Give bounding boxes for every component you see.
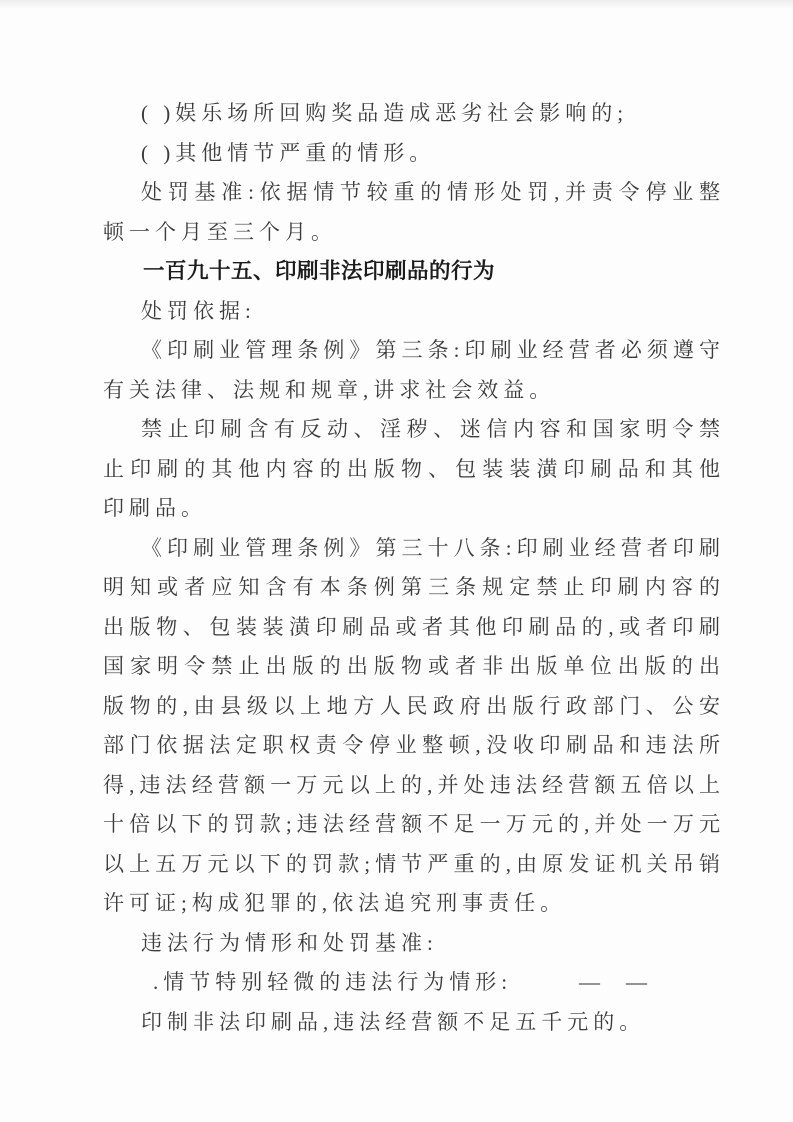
page-number-dash-right: — [626, 972, 647, 993]
paragraph-list-item: ( )其他情节严重的情形。 [103, 134, 725, 174]
paragraph-list-item: ( )娱乐场所回购奖品造成恶劣社会影响的; [103, 94, 725, 134]
paragraph-prohibition: 禁止印刷含有反动、淫秽、迷信内容和国家明令禁止印刷的其他内容的出版物、包装装潢印… [103, 410, 725, 529]
paragraph-regulation-article-38: 《印刷业管理条例》第三十八条:印刷业经营者印刷明知或者应知含有本条例第三条规定禁… [103, 529, 725, 924]
paragraph-minor-violation-detail: 印制非法印刷品,违法经营额不足五千元的。 [103, 1003, 725, 1043]
paragraph-penalty-grounds-label: 处罚依据: [103, 292, 725, 332]
section-heading: 一百九十五、印刷非法印刷品的行为 [103, 252, 725, 292]
paragraph-violation-standards-label: 违法行为情形和处罚基准: [103, 924, 725, 964]
text-block: ( )娱乐场所回购奖品造成恶劣社会影响的; ( )其他情节严重的情形。 处罚基准… [103, 94, 725, 1042]
paragraph-regulation-article-3: 《印刷业管理条例》第三条:印刷业经营者必须遵守有关法律、法规和规章,讲求社会效益… [103, 331, 725, 410]
page-number-dash-left: — [579, 972, 600, 993]
scan-top-edge [0, 0, 793, 9]
page-number-marker: — — [579, 972, 647, 993]
paragraph-penalty-basis: 处罚基准:依据情节较重的情形处罚,并责令停业整顿一个月至三个月。 [103, 173, 725, 252]
document-page: ( )娱乐场所回购奖品造成恶劣社会影响的; ( )其他情节严重的情形。 处罚基准… [0, 0, 793, 1122]
